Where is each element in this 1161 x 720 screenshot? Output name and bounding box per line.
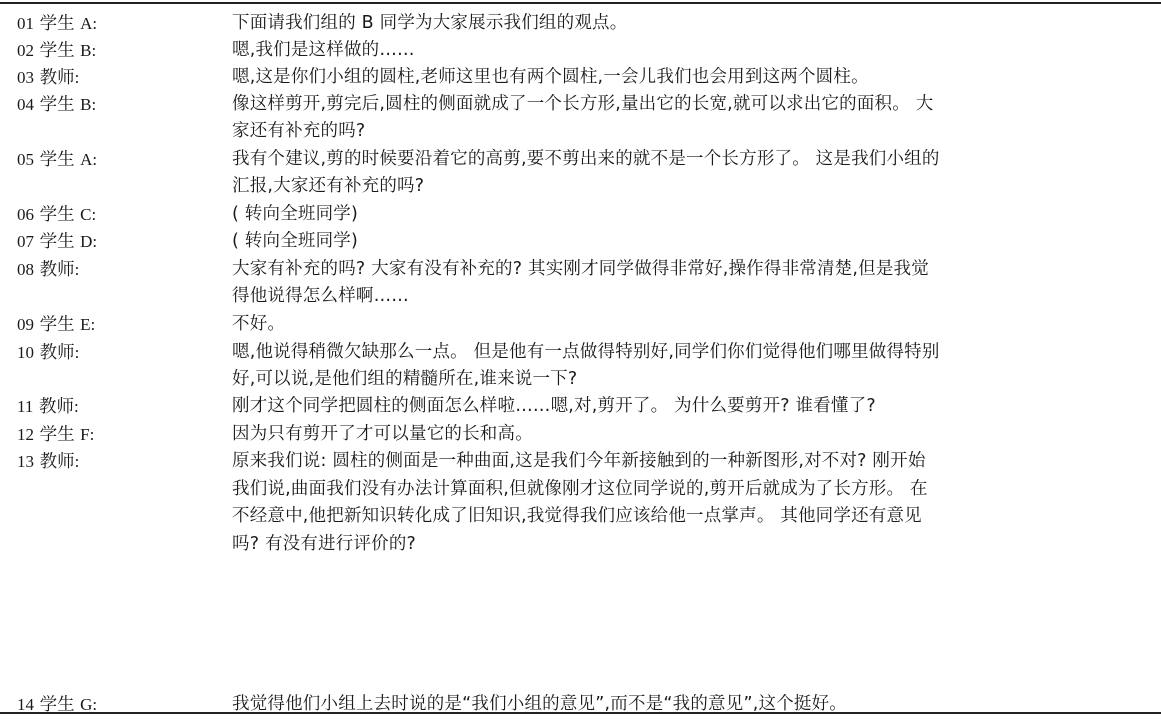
transcript-line: 04 学生 B:像这样剪开,剪完后,圆柱的侧面就成了一个长方形,量出它的长宽,就… xyxy=(0,91,1161,118)
speaker-tag: : xyxy=(75,260,80,279)
speaker-tag: B: xyxy=(80,41,96,60)
utterance-text: 不经意中,他把新知识转化成了旧知识,我觉得我们应该给他一点掌声。 其他同学还有意… xyxy=(232,503,922,530)
transcript-line: 06 学生 C:( 转向全班同学) xyxy=(0,201,1161,228)
line-number: 06 xyxy=(17,205,34,224)
line-number: 05 xyxy=(17,150,34,169)
speaker-role: 学生 xyxy=(40,95,75,115)
line-number: 10 xyxy=(17,343,34,362)
utterance-text: 下面请我们组的 B 同学为大家展示我们组的观点。 xyxy=(232,10,627,37)
speaker-label: 07 学生 D: xyxy=(17,228,97,256)
speaker-label: 04 学生 B: xyxy=(17,91,96,119)
speaker-label: 05 学生 A: xyxy=(17,146,97,174)
line-number: 11 xyxy=(17,397,33,416)
utterance-text: 我们说,曲面我们没有办法计算面积,但就像刚才这位同学说的,剪开后就成为了长方形。… xyxy=(232,476,928,503)
speaker-tag: F: xyxy=(80,425,94,444)
transcript-line: 汇报,大家还有补充的吗? xyxy=(0,173,1161,200)
speaker-tag: : xyxy=(75,68,80,87)
transcript-line: 08 教师:大家有补充的吗? 大家有没有补充的? 其实刚才同学做得非常好,操作得… xyxy=(0,256,1161,283)
utterance-text: 嗯,这是你们小组的圆柱,老师这里也有两个圆柱,一会儿我们也会用到这两个圆柱。 xyxy=(232,64,869,91)
transcript-line: 不经意中,他把新知识转化成了旧知识,我觉得我们应该给他一点掌声。 其他同学还有意… xyxy=(0,503,1161,530)
utterance-text: 因为只有剪开了才可以量它的长和高。 xyxy=(232,421,533,448)
utterance-text: 家还有补充的吗? xyxy=(232,118,365,145)
line-number: 01 xyxy=(17,14,34,33)
line-number: 08 xyxy=(17,260,34,279)
speaker-label: 14 学生 G: xyxy=(17,691,97,719)
line-number: 09 xyxy=(17,315,34,334)
transcript-line: 09 学生 E:不好。 xyxy=(0,311,1161,338)
utterance-text: 大家有补充的吗? 大家有没有补充的? 其实刚才同学做得非常好,操作得非常清楚,但… xyxy=(232,256,929,283)
utterance-text: 吗? 有没有进行评价的? xyxy=(232,531,416,558)
speaker-role: 教师 xyxy=(40,343,75,363)
transcript-line: 03 教师:嗯,这是你们小组的圆柱,老师这里也有两个圆柱,一会儿我们也会用到这两… xyxy=(0,64,1161,91)
table-top-rule xyxy=(0,2,1161,4)
speaker-tag: A: xyxy=(80,150,97,169)
utterance-text: 像这样剪开,剪完后,圆柱的侧面就成了一个长方形,量出它的长宽,就可以求出它的面积… xyxy=(232,91,933,118)
line-number: 04 xyxy=(17,95,34,114)
speaker-role: 教师 xyxy=(40,68,75,88)
utterance-text: 我有个建议,剪的时候要沿着它的高剪,要不剪出来的就不是一个长方形了。 这是我们小… xyxy=(232,146,940,173)
transcript-line: 11 教师:刚才这个同学把圆柱的侧面怎么样啦……嗯,对,剪开了。 为什么要剪开?… xyxy=(0,393,1161,420)
speaker-role: 教师 xyxy=(40,452,75,472)
transcript-line: 05 学生 A:我有个建议,剪的时候要沿着它的高剪,要不剪出来的就不是一个长方形… xyxy=(0,146,1161,173)
transcript-line: 01 学生 A:下面请我们组的 B 同学为大家展示我们组的观点。 xyxy=(0,10,1161,37)
speaker-label: 01 学生 A: xyxy=(17,10,97,38)
transcript-line: 我们说,曲面我们没有办法计算面积,但就像刚才这位同学说的,剪开后就成为了长方形。… xyxy=(0,476,1161,503)
speaker-tag: A: xyxy=(80,14,97,33)
transcript-line: 得他说得怎么样啊…… xyxy=(0,283,1161,310)
speaker-role: 学生 xyxy=(40,205,75,225)
speaker-role: 学生 xyxy=(40,150,75,170)
speaker-tag: : xyxy=(74,397,79,416)
speaker-role: 学生 xyxy=(40,14,75,34)
speaker-label: 06 学生 C: xyxy=(17,201,96,229)
utterance-text: 刚才这个同学把圆柱的侧面怎么样啦……嗯,对,剪开了。 为什么要剪开? 谁看懂了? xyxy=(232,393,876,420)
speaker-label: 03 教师: xyxy=(17,64,79,92)
transcript-line: 吗? 有没有进行评价的? xyxy=(0,531,1161,558)
speaker-role: 学生 xyxy=(40,425,75,445)
speaker-role: 学生 xyxy=(40,232,75,252)
speaker-role: 教师 xyxy=(39,397,74,417)
speaker-tag: D: xyxy=(80,232,97,251)
utterance-text: 汇报,大家还有补充的吗? xyxy=(232,173,424,200)
utterance-text: 嗯,我们是这样做的…… xyxy=(232,37,415,64)
speaker-label: 08 教师: xyxy=(17,256,79,284)
speaker-role: 教师 xyxy=(40,260,75,280)
line-number: 07 xyxy=(17,232,34,251)
utterance-text: 好,可以说,是他们组的精髓所在,谁来说一下? xyxy=(232,366,577,393)
line-number: 02 xyxy=(17,41,34,60)
speaker-role: 学生 xyxy=(40,41,75,61)
speaker-tag: E: xyxy=(80,315,95,334)
utterance-text: 原来我们说: 圆柱的侧面是一种曲面,这是我们今年新接触到的一种新图形,对不对? … xyxy=(232,448,926,475)
utterance-text: 嗯,他说得稍微欠缺那么一点。 但是他有一点做得特别好,同学们你们觉得他们哪里做得… xyxy=(232,339,940,366)
transcript-line: 家还有补充的吗? xyxy=(0,118,1161,145)
transcript-line: 好,可以说,是他们组的精髓所在,谁来说一下? xyxy=(0,366,1161,393)
speaker-tag: B: xyxy=(80,95,96,114)
transcript-line: 12 学生 F:因为只有剪开了才可以量它的长和高。 xyxy=(0,421,1161,448)
line-number: 03 xyxy=(17,68,34,87)
speaker-role: 学生 xyxy=(40,315,75,335)
speaker-tag: : xyxy=(75,452,80,471)
utterance-text: 不好。 xyxy=(232,311,285,338)
speaker-label: 12 学生 F: xyxy=(17,421,94,449)
transcript-line: 13 教师:原来我们说: 圆柱的侧面是一种曲面,这是我们今年新接触到的一种新图形… xyxy=(0,448,1161,475)
utterance-text: 得他说得怎么样啊…… xyxy=(232,283,409,310)
speaker-label: 09 学生 E: xyxy=(17,311,95,339)
table-bottom-rule xyxy=(0,712,1161,714)
speaker-label: 11 教师: xyxy=(17,393,79,421)
speaker-label: 13 教师: xyxy=(17,448,79,476)
transcript-line: 02 学生 B:嗯,我们是这样做的…… xyxy=(0,37,1161,64)
transcript-line: 10 教师:嗯,他说得稍微欠缺那么一点。 但是他有一点做得特别好,同学们你们觉得… xyxy=(0,339,1161,366)
utterance-text: ( 转向全班同学) xyxy=(232,228,358,255)
speaker-label: 10 教师: xyxy=(17,339,79,367)
speaker-tag: : xyxy=(75,343,80,362)
line-number: 12 xyxy=(17,425,34,444)
speaker-tag: C: xyxy=(80,205,96,224)
transcript-line: 07 学生 D:( 转向全班同学) xyxy=(0,228,1161,255)
utterance-text: ( 转向全班同学) xyxy=(232,201,358,228)
speaker-label: 02 学生 B: xyxy=(17,37,96,65)
line-number: 13 xyxy=(17,452,34,471)
